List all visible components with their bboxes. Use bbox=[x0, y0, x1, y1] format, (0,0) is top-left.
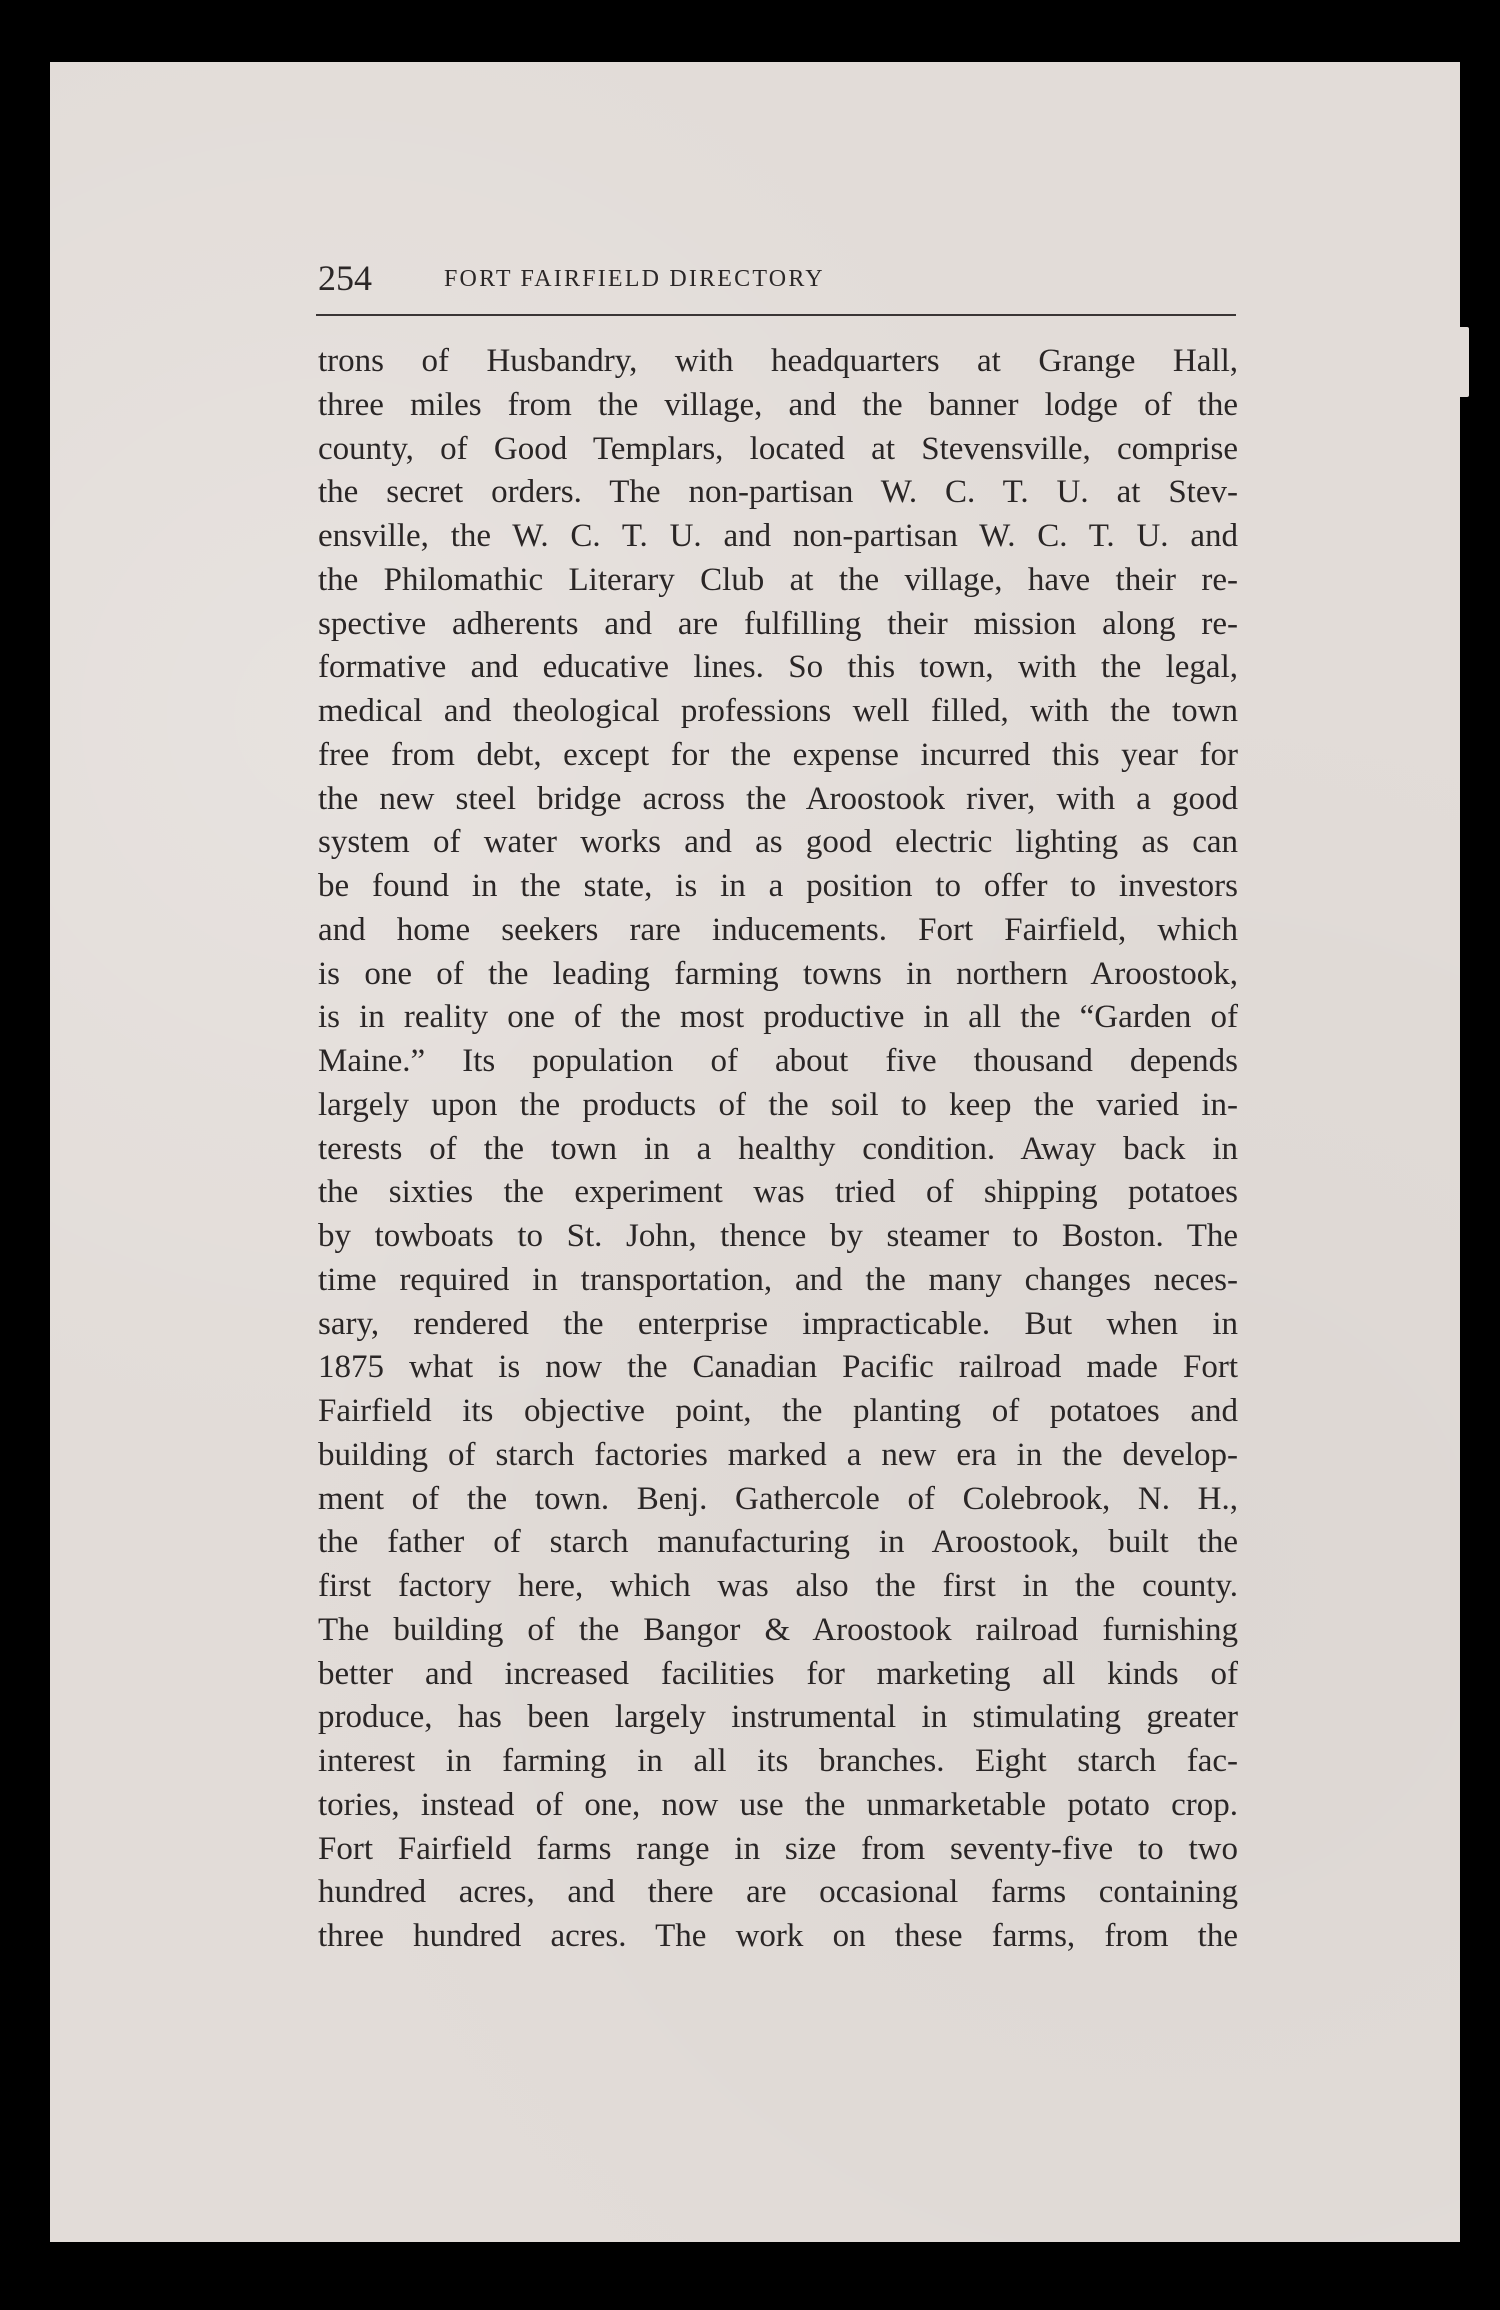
page-number: 254 bbox=[318, 258, 372, 298]
text-line: trons of Husbandry, with headquarters at… bbox=[318, 340, 1238, 384]
text-line: the Philomathic Literary Club at the vil… bbox=[318, 559, 1238, 603]
text-line: Maine.” Its population of about five tho… bbox=[318, 1040, 1238, 1084]
text-line: be found in the state, is in a position … bbox=[318, 865, 1238, 909]
text-line: The building of the Bangor & Aroostook r… bbox=[318, 1609, 1238, 1653]
running-title: FORT FAIRFIELD DIRECTORY bbox=[444, 262, 825, 296]
text-line: ment of the town. Benj. Gathercole of Co… bbox=[318, 1478, 1238, 1522]
text-line: medical and theological professions well… bbox=[318, 690, 1238, 734]
text-line: first factory here, which was also the f… bbox=[318, 1565, 1238, 1609]
text-line: free from debt, except for the expense i… bbox=[318, 734, 1238, 778]
text-line: interest in farming in all its branches.… bbox=[318, 1740, 1238, 1784]
text-line: better and increased facilities for mark… bbox=[318, 1653, 1238, 1697]
text-line: three miles from the village, and the ba… bbox=[318, 384, 1238, 428]
text-line: building of starch factories marked a ne… bbox=[318, 1434, 1238, 1478]
text-line: produce, has been largely instrumental i… bbox=[318, 1696, 1238, 1740]
text-line: system of water works and as good electr… bbox=[318, 821, 1238, 865]
text-line: formative and educative lines. So this t… bbox=[318, 646, 1238, 690]
text-line: by towboats to St. John, thence by steam… bbox=[318, 1215, 1238, 1259]
text-line: is in reality one of the most productive… bbox=[318, 996, 1238, 1040]
text-line: terests of the town in a healthy conditi… bbox=[318, 1128, 1238, 1172]
text-line: largely upon the products of the soil to… bbox=[318, 1084, 1238, 1128]
text-line: sary, rendered the enterprise impractica… bbox=[318, 1303, 1238, 1347]
text-line: tories, instead of one, now use the unma… bbox=[318, 1784, 1238, 1828]
text-line: and home seekers rare inducements. Fort … bbox=[318, 909, 1238, 953]
text-line: Fairfield its objective point, the plant… bbox=[318, 1390, 1238, 1434]
text-line: the secret orders. The non-partisan W. C… bbox=[318, 471, 1238, 515]
text-line: time required in transportation, and the… bbox=[318, 1259, 1238, 1303]
text-line: hundred acres, and there are occasional … bbox=[318, 1871, 1238, 1915]
body-paragraph: trons of Husbandry, with headquarters at… bbox=[318, 340, 1238, 1959]
paper-edge-tear bbox=[1455, 327, 1469, 397]
text-line: the father of starch manufacturing in Ar… bbox=[318, 1521, 1238, 1565]
text-line: Fort Fairfield farms range in size from … bbox=[318, 1828, 1238, 1872]
running-head: 254 FORT FAIRFIELD DIRECTORY bbox=[318, 258, 1238, 298]
text-line: the new steel bridge across the Aroostoo… bbox=[318, 778, 1238, 822]
text-line: is one of the leading farming towns in n… bbox=[318, 953, 1238, 997]
text-line: the sixties the experiment was tried of … bbox=[318, 1171, 1238, 1215]
book-page: 254 FORT FAIRFIELD DIRECTORY trons of Hu… bbox=[50, 62, 1460, 2242]
text-line: 1875 what is now the Canadian Pacific ra… bbox=[318, 1346, 1238, 1390]
text-line: three hundred acres. The work on these f… bbox=[318, 1915, 1238, 1959]
header-rule bbox=[316, 314, 1236, 316]
text-line: spective adherents and are fulfilling th… bbox=[318, 603, 1238, 647]
text-line: ensville, the W. C. T. U. and non-partis… bbox=[318, 515, 1238, 559]
text-line: county, of Good Templars, located at Ste… bbox=[318, 428, 1238, 472]
